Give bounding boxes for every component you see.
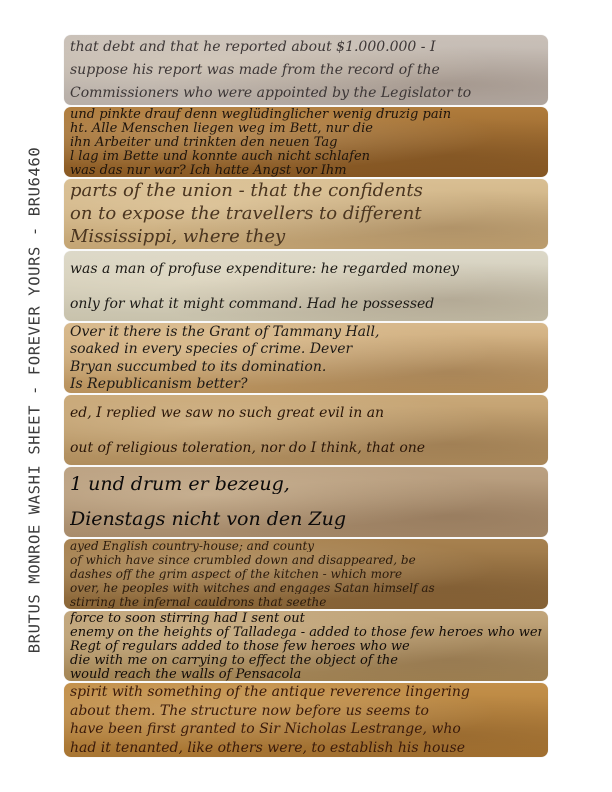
handwriting-lines: und pinkte drauf denn weglüdinglicher we… bbox=[64, 107, 548, 177]
washi-strip-4: was a man of profuse expenditure: he reg… bbox=[64, 251, 548, 321]
handwriting-line: Over it there is the Grant of Tammany Ha… bbox=[70, 325, 542, 339]
handwriting-lines: spirit with something of the antique rev… bbox=[64, 683, 548, 757]
handwriting-line: spirit with something of the antique rev… bbox=[70, 685, 542, 699]
handwriting-lines: parts of the union - that the confidents… bbox=[64, 179, 548, 249]
handwriting-line: only for what it might command. Had he p… bbox=[70, 297, 542, 311]
washi-strip-5: Over it there is the Grant of Tammany Ha… bbox=[64, 323, 548, 393]
handwriting-line: ht. Alle Menschen liegen weg im Bett, nu… bbox=[70, 122, 542, 135]
washi-strip-9: force to soon stirring had I sent outene… bbox=[64, 611, 548, 681]
handwriting-line: enemy on the heights of Talladega - adde… bbox=[70, 626, 542, 639]
handwriting-line: Is Republicanism better? bbox=[70, 377, 542, 391]
handwriting-line: Mississippi, where they bbox=[70, 228, 542, 246]
handwriting-line: Regt of regulars added to those few hero… bbox=[70, 640, 542, 653]
handwriting-line: 1 und drum er bezeug, bbox=[70, 475, 542, 494]
handwriting-line: would reach the walls of Pensacola bbox=[70, 668, 542, 681]
handwriting-lines: ayed English country-house; and countyof… bbox=[64, 539, 548, 609]
washi-strip-3: parts of the union - that the confidents… bbox=[64, 179, 548, 249]
handwriting-line: die with me on carrying to effect the ob… bbox=[70, 654, 542, 667]
handwriting-line: force to soon stirring had I sent out bbox=[70, 612, 542, 625]
handwriting-line: Commissioners who were appointed by the … bbox=[70, 86, 542, 100]
handwriting-line: had it tenanted, like others were, to es… bbox=[70, 741, 542, 755]
handwriting-line: that debt and that he reported about $1.… bbox=[70, 40, 542, 54]
handwriting-line: stirring the infernal cauldrons that see… bbox=[70, 596, 542, 608]
handwriting-line: over, he peoples with witches and engage… bbox=[70, 582, 542, 594]
handwriting-lines: Over it there is the Grant of Tammany Ha… bbox=[64, 323, 548, 393]
handwriting-line: ihn Arbeiter und trinkten den neuen Tag bbox=[70, 136, 542, 149]
handwriting-line: ed, I replied we saw no such great evil … bbox=[70, 406, 542, 420]
handwriting-line: dashes off the grim aspect of the kitche… bbox=[70, 568, 542, 580]
handwriting-lines: ed, I replied we saw no such great evil … bbox=[64, 395, 548, 465]
washi-strip-6: ed, I replied we saw no such great evil … bbox=[64, 395, 548, 465]
side-label-text: BRUTUS MONROE WASHI SHEET - FOREVER YOUR… bbox=[25, 147, 43, 654]
handwriting-lines: 1 und drum er bezeug, Dienstags nicht vo… bbox=[64, 467, 548, 537]
washi-strip-7: 1 und drum er bezeug, Dienstags nicht vo… bbox=[64, 467, 548, 537]
handwriting-line: ayed English country-house; and county bbox=[70, 540, 542, 552]
handwriting-line: Bryan succumbed to its domination. bbox=[70, 360, 542, 374]
handwriting-line: of which have since crumbled down and di… bbox=[70, 554, 542, 566]
handwriting-lines: that debt and that he reported about $1.… bbox=[64, 35, 548, 105]
handwriting-line: soaked in every species of crime. Dever bbox=[70, 342, 542, 356]
handwriting-lines: was a man of profuse expenditure: he reg… bbox=[64, 251, 548, 321]
handwriting-line: Dienstags nicht von den Zug bbox=[70, 510, 542, 529]
handwriting-line: out of religious toleration, nor do I th… bbox=[70, 441, 542, 455]
handwriting-line: have been first granted to Sir Nicholas … bbox=[70, 722, 542, 736]
handwriting-line: l lag im Bette und konnte auch nicht sch… bbox=[70, 150, 542, 163]
washi-strip-1: that debt and that he reported about $1.… bbox=[64, 35, 548, 105]
product-title-label: BRUTUS MONROE WASHI SHEET - FOREVER YOUR… bbox=[14, 150, 54, 650]
washi-strip-10: spirit with something of the antique rev… bbox=[64, 683, 548, 757]
washi-strip-2: und pinkte drauf denn weglüdinglicher we… bbox=[64, 107, 548, 177]
handwriting-lines: force to soon stirring had I sent outene… bbox=[64, 611, 548, 681]
handwriting-line: was a man of profuse expenditure: he reg… bbox=[70, 262, 542, 276]
handwriting-line: parts of the union - that the confidents bbox=[70, 182, 542, 200]
handwriting-line: was das nur war? Ich hatte Angst vor Ihm bbox=[70, 164, 542, 177]
washi-strip-8: ayed English country-house; and countyof… bbox=[64, 539, 548, 609]
handwriting-line: suppose his report was made from the rec… bbox=[70, 63, 542, 77]
handwriting-line: about them. The structure now before us … bbox=[70, 704, 542, 718]
handwriting-line: und pinkte drauf denn weglüdinglicher we… bbox=[70, 108, 542, 121]
handwriting-line: on to expose the travellers to different bbox=[70, 205, 542, 223]
washi-sheet: that debt and that he reported about $1.… bbox=[64, 35, 548, 759]
